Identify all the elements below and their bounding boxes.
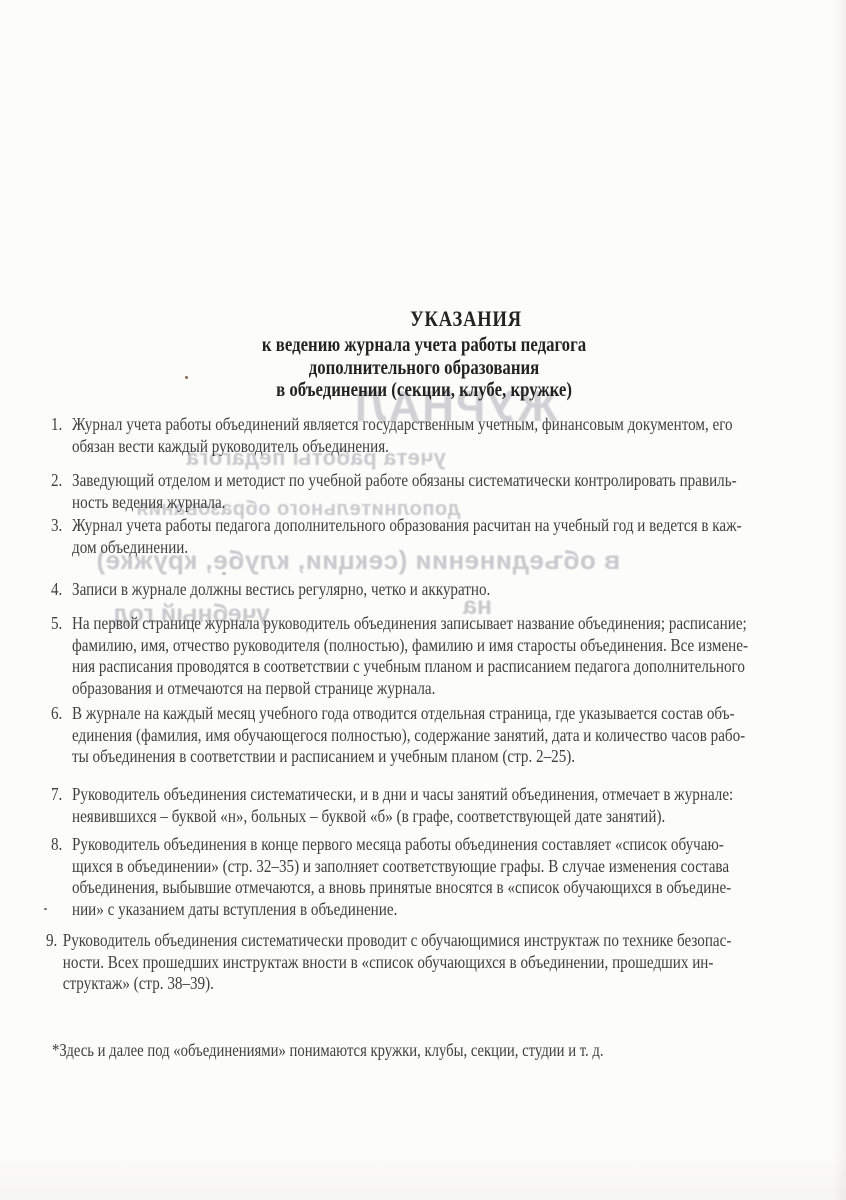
page-title: УКАЗАНИЯ bbox=[410, 306, 522, 332]
item-number: 2. bbox=[51, 470, 72, 492]
instruction-item: 2. Заведующий отделом и методист по учеб… bbox=[51, 470, 841, 513]
instruction-item: 6. В журнале на каждый месяц учебного го… bbox=[51, 703, 841, 768]
instruction-item: 8. Руководитель объединения в конце перв… bbox=[51, 834, 841, 920]
page-subtitle-line: в объединении (секции, клубе, кружке) bbox=[276, 379, 572, 402]
item-number: 3. bbox=[51, 515, 72, 537]
instruction-item: 1. Журнал учета работы объединений являе… bbox=[51, 414, 841, 457]
footnote: *Здесь и далее под «объединениями» поним… bbox=[52, 1040, 808, 1061]
item-number: 8. bbox=[51, 834, 72, 856]
item-number: 4. bbox=[51, 579, 72, 601]
instruction-item: 4. Записи в журнале должны вестись регул… bbox=[51, 579, 841, 601]
item-text: Журнал учета работы объединений является… bbox=[72, 414, 733, 457]
item-text: В журнале на каждый месяц учебного года … bbox=[72, 703, 745, 768]
item-text: Журнал учета работы педагога дополнитель… bbox=[72, 515, 742, 558]
scan-speck bbox=[44, 908, 47, 910]
item-text: Записи в журнале должны вестись регулярн… bbox=[72, 579, 490, 601]
item-text: На первой странице журнала руководитель … bbox=[72, 613, 748, 699]
instruction-item: 3. Журнал учета работы педагога дополнит… bbox=[51, 515, 841, 558]
scan-speck bbox=[222, 572, 226, 575]
scanned-document-page: ЖУРНАЛ учета работы педагога дополнитель… bbox=[0, 0, 846, 1200]
item-text: Руководитель объединения систематически … bbox=[63, 930, 732, 995]
instruction-item: 9. Руководитель объединения систематичес… bbox=[46, 930, 836, 995]
instruction-item: 5. На первой странице журнала руководите… bbox=[51, 613, 841, 699]
scan-speck bbox=[185, 376, 188, 379]
item-text: Заведующий отделом и методист по учебной… bbox=[72, 470, 737, 513]
item-number: 1. bbox=[51, 414, 72, 436]
item-number: 5. bbox=[51, 613, 72, 635]
page-subtitle-line: к ведению журнала учета работы педагога bbox=[262, 334, 586, 357]
item-number: 9. bbox=[46, 930, 63, 952]
item-number: 6. bbox=[51, 703, 72, 725]
item-text: Руководитель объединения систематически,… bbox=[72, 784, 733, 827]
item-number: 7. bbox=[51, 784, 72, 806]
instruction-item: 7. Руководитель объединения систематичес… bbox=[51, 784, 841, 827]
page-subtitle-line: дополнительного образования bbox=[309, 357, 540, 380]
item-text: Руководитель объединения в конце первого… bbox=[72, 834, 731, 920]
